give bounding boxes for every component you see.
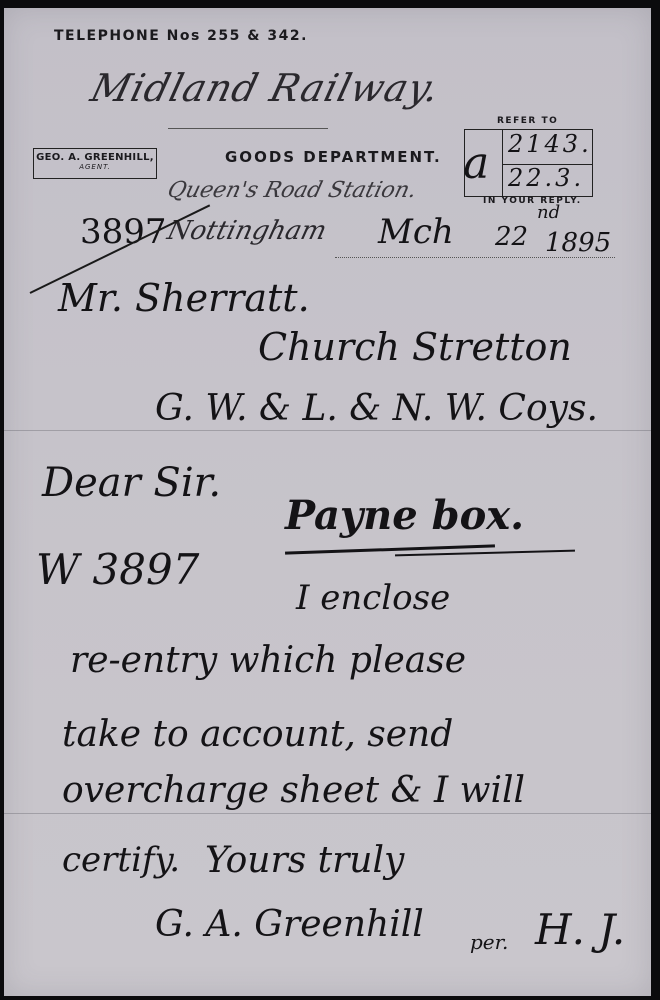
date-day-suffix: nd	[537, 202, 560, 223]
fold-line	[4, 813, 651, 814]
fold-line	[4, 430, 651, 431]
in-your-reply-label: IN YOUR REPLY.	[483, 196, 582, 206]
reference-number-1: 2143.	[508, 130, 592, 158]
body-line: I enclose	[296, 578, 450, 618]
reference-letter: a	[463, 138, 489, 189]
refer-to-label: REFER TO	[497, 116, 558, 126]
signer-initials: H. J.	[535, 905, 625, 954]
station-name: Queen's Road Station.	[165, 178, 419, 203]
body-line: re-entry which please	[70, 640, 466, 681]
agent-name: GEO. A. GREENHILL,	[34, 152, 156, 163]
company-title: Midland Railway.	[87, 66, 445, 110]
reference-number-2: 22.3.	[508, 164, 584, 192]
recipient-name: Mr. Sherratt.	[58, 276, 310, 320]
subject-line: Payne box.	[285, 492, 524, 539]
signature: G. A. Greenhill	[155, 904, 424, 945]
recipient-place: Church Stretton	[258, 325, 572, 369]
agent-role: AGENT.	[34, 163, 156, 171]
date-year: 1895	[545, 228, 611, 258]
body-line: overcharge sheet & I will	[62, 770, 525, 811]
town-name: Nottingham	[164, 216, 329, 246]
agent-box: GEO. A. GREENHILL, AGENT.	[33, 148, 157, 179]
per-label: per.	[470, 930, 508, 954]
waybill-reference: W 3897	[36, 545, 199, 594]
title-rule	[168, 128, 328, 129]
closing: Yours truly	[205, 840, 404, 881]
salutation: Dear Sir.	[42, 460, 221, 506]
body-line: certify.	[62, 840, 180, 880]
date-month: Mch	[378, 212, 454, 252]
telephone-numbers: TELEPHONE Nos 255 & 342.	[54, 28, 308, 44]
date-day: 22	[495, 222, 528, 252]
department-title: GOODS DEPARTMENT.	[225, 148, 442, 166]
recipient-company: G. W. & L. & N. W. Coys.	[155, 388, 598, 429]
body-line: take to account, send	[62, 714, 453, 755]
